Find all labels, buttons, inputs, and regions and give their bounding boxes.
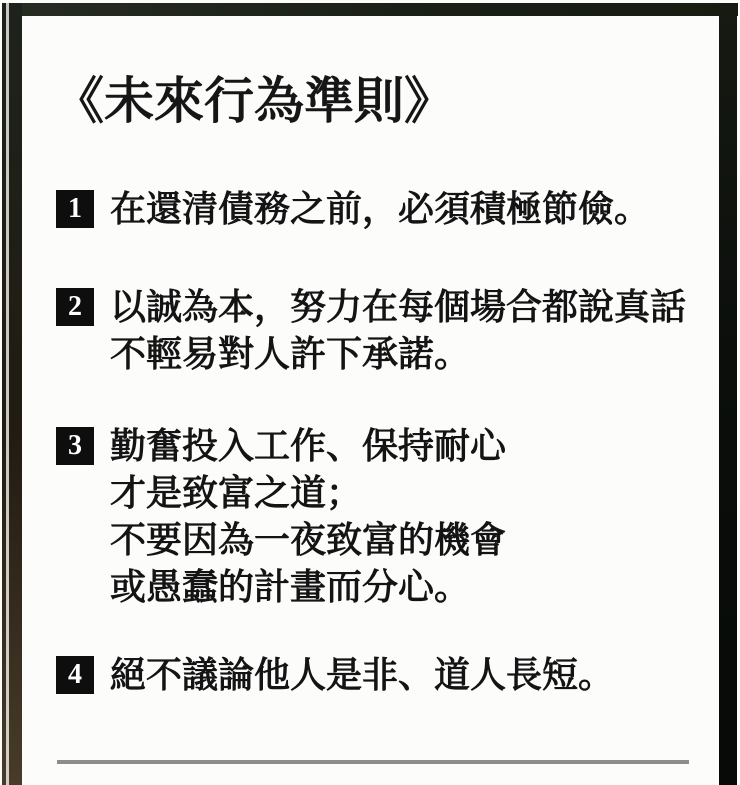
frame-left-edge <box>2 3 22 785</box>
frame-left-highlight <box>6 3 9 785</box>
item-text-line: 勤奮投入工作、保持耐心 <box>110 423 506 470</box>
item-text-line: 不輕易對人許下承諾。 <box>110 331 686 378</box>
item-text: 在還清債務之前，必須積極節儉。 <box>110 186 650 233</box>
item-number-badge: 4 <box>56 656 94 694</box>
item-text-line: 或愚蠢的計畫而分心。 <box>110 564 506 611</box>
rule-item-2: 2 以誠為本，努力在每個場合都說真話 不輕易對人許下承諾。 <box>56 284 686 378</box>
footer-divider <box>57 760 689 764</box>
item-text: 絕不議論他人是非、道人長短。 <box>110 652 614 699</box>
item-text: 以誠為本，努力在每個場合都說真話 不輕易對人許下承諾。 <box>110 284 686 378</box>
item-text: 勤奮投入工作、保持耐心 才是致富之道； 不要因為一夜致富的機會 或愚蠢的計畫而分… <box>110 423 506 611</box>
item-number-badge: 1 <box>56 190 94 228</box>
frame-right-edge <box>719 3 737 785</box>
page-title: 《未來行為準則》 <box>54 76 454 126</box>
rule-item-4: 4 絕不議論他人是非、道人長短。 <box>56 652 614 699</box>
rule-item-1: 1 在還清債務之前，必須積極節儉。 <box>56 186 650 233</box>
item-text-line: 絕不議論他人是非、道人長短。 <box>110 652 614 699</box>
item-number-badge: 2 <box>56 288 94 326</box>
item-number-badge: 3 <box>56 427 94 465</box>
item-text-line: 在還清債務之前，必須積極節儉。 <box>110 186 650 233</box>
item-text-line: 不要因為一夜致富的機會 <box>110 517 506 564</box>
item-text-line: 才是致富之道； <box>110 470 506 517</box>
item-text-line: 以誠為本，努力在每個場合都說真話 <box>110 284 686 331</box>
book-page: 《未來行為準則》 1 在還清債務之前，必須積極節儉。 2 以誠為本，努力在每個場… <box>0 0 740 785</box>
rule-item-3: 3 勤奮投入工作、保持耐心 才是致富之道； 不要因為一夜致富的機會 或愚蠢的計畫… <box>56 423 506 611</box>
frame-top-edge <box>2 3 738 16</box>
